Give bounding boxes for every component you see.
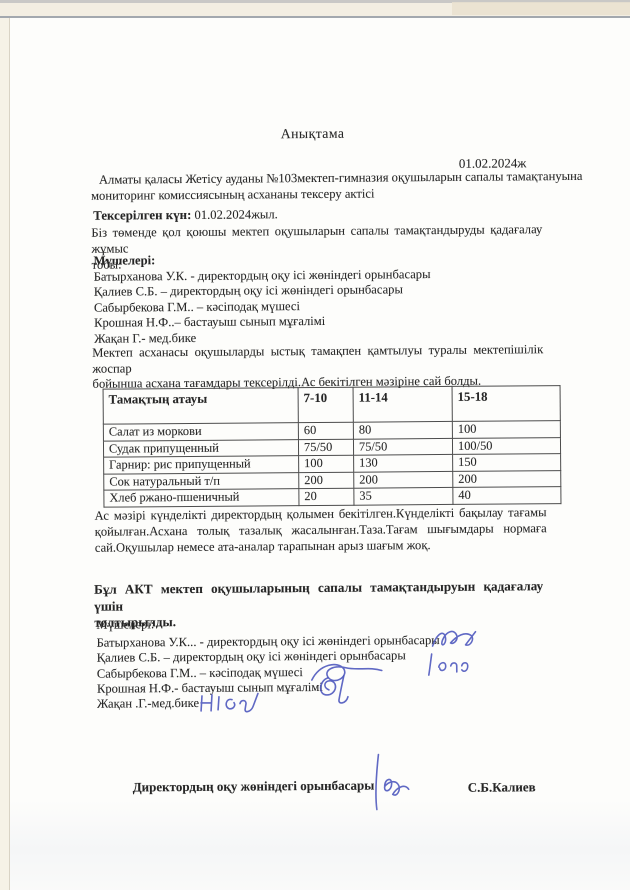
dish-name-cell: Сок натуральный т/п bbox=[104, 472, 299, 490]
member-line: Қалиев С.Б. – директордың оқу ісі жөнінд… bbox=[94, 282, 431, 300]
footer-signature-line: Директордың оқу жөніндегі орынбасары С.Б… bbox=[3, 776, 630, 801]
portion-11-14-cell: 75/50 bbox=[353, 438, 452, 455]
members-label: Мүшелері: bbox=[93, 253, 155, 269]
dish-name-cell: Салат из моркови bbox=[103, 423, 298, 441]
paragraph-line: сай.Оқушылар немесе ата-аналар тарапынан… bbox=[95, 537, 547, 557]
dish-name-cell: Гарнир: рис припущенный bbox=[104, 456, 299, 474]
menu-table-header-cell: Тамақтың атауы bbox=[103, 388, 298, 425]
menu-table-head: Тамақтың атауы7-1011-1415-18 bbox=[103, 386, 560, 425]
paragraph-line: Мектеп асханасы оқушыларды ыстық тамақпе… bbox=[92, 342, 543, 377]
checked-date-label: Тексерілген күн: bbox=[93, 208, 191, 223]
menu-portions-table: Тамақтың атауы7-1011-1415-18 Салат из мо… bbox=[103, 385, 562, 508]
portion-15-18-cell: 100/50 bbox=[452, 437, 560, 454]
menu-table-header-cell: 15-18 bbox=[452, 386, 560, 422]
signature-zhakan bbox=[198, 689, 264, 718]
portion-7-10-cell: 20 bbox=[299, 489, 354, 506]
portion-7-10-cell: 75/50 bbox=[298, 439, 353, 456]
signature-kroshnaya bbox=[314, 673, 356, 707]
menu-table-header-cell: 11-14 bbox=[353, 386, 452, 422]
page-content: Анықтама 01.02.2024ж Алматы қаласы Жетіс… bbox=[0, 0, 630, 890]
portion-11-14-cell: 35 bbox=[354, 488, 453, 505]
portion-7-10-cell: 100 bbox=[299, 455, 354, 472]
signature-kaliyev bbox=[426, 651, 472, 677]
portion-15-18-cell: 100 bbox=[452, 421, 560, 438]
portion-11-14-cell: 200 bbox=[354, 471, 453, 488]
portion-15-18-cell: 150 bbox=[453, 454, 561, 471]
portion-15-18-cell: 40 bbox=[453, 487, 561, 504]
menu-table-body: Салат из моркови 60 80 100 Судак припуще… bbox=[103, 421, 561, 508]
paragraph-line: Біз төменде қол қоюшы мектеп оқушыларын … bbox=[91, 221, 542, 257]
members-signature-list: Батырханова У.К... - директордың оқу ісі… bbox=[96, 633, 440, 712]
checked-date-line: Тексерілген күн: 01.02.2024жыл. bbox=[93, 207, 278, 224]
subject-line: мониторинг комиссиясының асхананы тексер… bbox=[91, 184, 543, 204]
menu-table-header-cell: 7-10 bbox=[298, 387, 353, 422]
paragraph-line: Бұл АКТ мектеп оқушыларының сапалы тамақ… bbox=[94, 578, 543, 615]
portion-15-18-cell: 200 bbox=[453, 470, 561, 487]
menu-approval-paragraph: Ас мәзірі күнделікті директордың қолымен… bbox=[94, 504, 546, 556]
portion-7-10-cell: 60 bbox=[298, 422, 353, 439]
act-purpose-paragraph: Бұл АКТ мектеп оқушыларының сапалы тамақ… bbox=[94, 578, 543, 631]
checked-date-value: 01.02.2024жыл. bbox=[194, 207, 277, 222]
menu-table-header-row: Тамақтың атауы7-1011-1415-18 bbox=[103, 386, 560, 425]
signature-footer bbox=[368, 751, 415, 815]
working-group-paragraph: Біз төменде қол қоюшы мектеп оқушыларын … bbox=[91, 221, 542, 273]
dish-name-cell: Судак припущенный bbox=[103, 439, 298, 457]
portion-11-14-cell: 130 bbox=[354, 455, 453, 472]
portion-11-14-cell: 80 bbox=[353, 421, 452, 438]
document-subject: Алматы қаласы Жетісу ауданы №103мектеп-г… bbox=[91, 168, 543, 204]
members2-label: Мүшелері: bbox=[96, 617, 154, 633]
portion-7-10-cell: 200 bbox=[299, 472, 354, 489]
member-line: Жақан .Г.-мед.бике bbox=[97, 694, 440, 712]
page-title: Анықтама bbox=[0, 124, 628, 145]
member-line: Қалиев С.Б. – директордың оқу ісі жөнінд… bbox=[97, 648, 440, 666]
footer-signer-name: С.Б.Калиев bbox=[468, 779, 536, 795]
footer-position-label: Директордың оқу жөніндегі орынбасары bbox=[133, 778, 375, 795]
dish-name-cell: Хлеб ржано-пшеничный bbox=[104, 489, 299, 507]
scanned-document: { "ink": "#4a54bc", "doc": { "title": "А… bbox=[0, 0, 630, 890]
members-list: Батырханова У.К. - директордың оқу ісі ж… bbox=[94, 267, 431, 347]
